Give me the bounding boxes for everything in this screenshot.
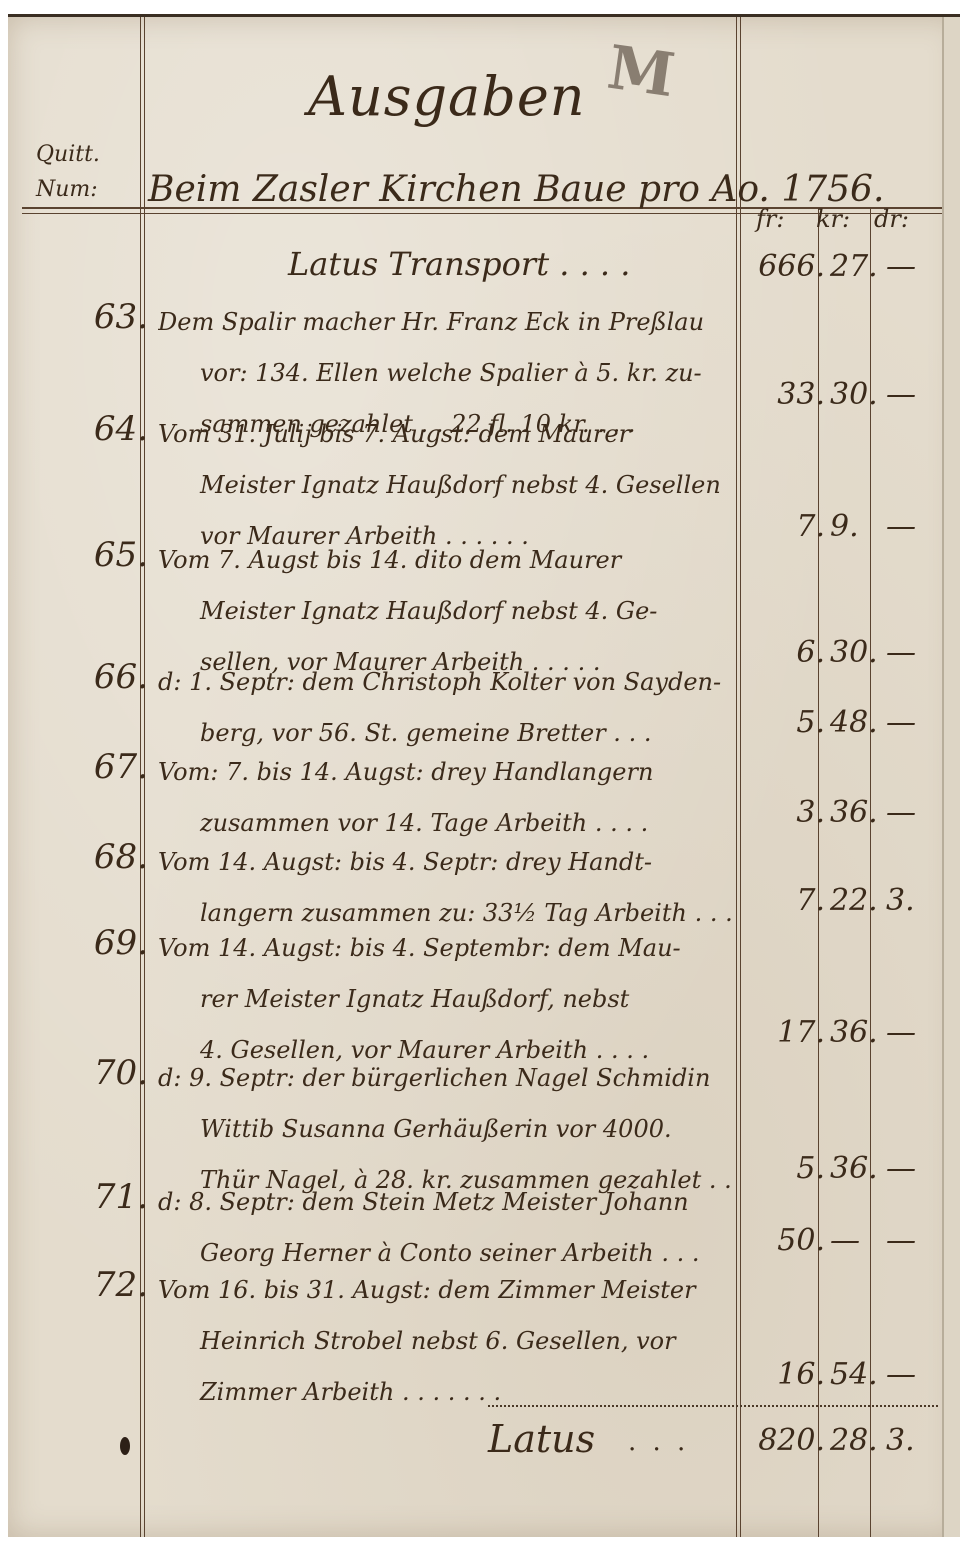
entry-line: Vom: 7. bis 14. Augst: drey Handlangern	[158, 747, 743, 798]
amount-kreuzer: 54.	[830, 1357, 882, 1392]
carried-forward-text: Latus Transport	[288, 245, 549, 283]
receipt-number: 66.	[68, 657, 148, 697]
amount-denar: —	[886, 635, 936, 670]
receipt-number: 67.	[68, 747, 148, 787]
entry-line: rer Meister Ignatz Haußdorf, nebst	[158, 974, 743, 1025]
receipt-number: 71.	[68, 1177, 148, 1217]
entry-line: Vom 31. Julij bis 7. Augst: dem Maurer	[158, 409, 743, 460]
entry-line: Vom 14. Augst: bis 4. Septembr: dem Mau-	[158, 923, 743, 974]
amount-florins: 5.	[753, 705, 825, 740]
amount-florins: 16.	[753, 1357, 825, 1392]
amount-florins: 33.	[753, 377, 825, 412]
carried-forward-denar: —	[886, 249, 936, 284]
ink-blot	[120, 1437, 130, 1455]
receipt-number: 69.	[68, 923, 148, 963]
column-header-kreuzer: kr:	[816, 205, 850, 233]
page-subtitle: Beim Zasler Kirchen Baue pro Ao. 1756.	[148, 169, 884, 210]
amount-florins: 50.	[753, 1223, 825, 1258]
amount-kreuzer: 30.	[830, 635, 882, 670]
adjacent-page-edge	[944, 17, 960, 1537]
amount-florins: 3.	[753, 795, 825, 830]
page-total-denar: 3.	[886, 1423, 936, 1458]
amount-florins: 17.	[753, 1015, 825, 1050]
amount-florins: 7.	[753, 509, 825, 544]
page-total-florins: 820.	[753, 1423, 825, 1458]
page-total-label: Latus	[488, 1417, 595, 1461]
page-title: Ausgaben	[308, 65, 586, 128]
entry-line: Vom 14. Augst: bis 4. Septr: drey Handt-	[158, 837, 743, 888]
entry-line: d: 1. Septr: dem Christoph Kolter von Sa…	[158, 657, 743, 708]
entry-line: Meister Ignatz Haußdorf nebst 4. Geselle…	[158, 460, 743, 511]
entry-line: d: 8. Septr: dem Stein Metz Meister Joha…	[158, 1177, 743, 1228]
column-header-denar: dr:	[874, 205, 909, 233]
entry-line: Vom 16. bis 31. Augst: dem Zimmer Meiste…	[158, 1265, 743, 1316]
amount-denar: —	[886, 509, 936, 544]
amount-denar: —	[886, 1151, 936, 1186]
entry-line: Dem Spalir macher Hr. Franz Eck in Preßl…	[158, 297, 743, 348]
page-total-kreuzer: 28.	[830, 1423, 882, 1458]
carried-forward-kreuzer: 27.	[830, 249, 882, 284]
header-rule-double	[22, 213, 944, 214]
carried-forward-label: Latus Transport . . . .	[288, 245, 630, 283]
amount-florins: 5.	[753, 1151, 825, 1186]
entry-line: Meister Ignatz Haußdorf nebst 4. Ge-	[158, 586, 743, 637]
amount-denar: —	[886, 377, 936, 412]
receipt-number: 64.	[68, 409, 148, 449]
entry-line: d: 9. Septr: der bürgerlichen Nagel Schm…	[158, 1053, 743, 1104]
entry-line: Heinrich Strobel nebst 6. Gesellen, vor	[158, 1316, 743, 1367]
amount-denar: 3.	[886, 883, 936, 918]
receipt-number: 70.	[68, 1053, 148, 1093]
entry-line: Wittib Susanna Gerhäußerin vor 4000.	[158, 1104, 743, 1155]
total-underline	[488, 1395, 938, 1407]
receipt-number: 68.	[68, 837, 148, 877]
amount-kreuzer: 36.	[830, 795, 882, 830]
amount-kreuzer: 30.	[830, 377, 882, 412]
entry-description: Vom: 7. bis 14. Augst: drey Handlangern …	[158, 747, 743, 849]
receipt-number: 72.	[68, 1265, 148, 1305]
ledger-page: M Ausgaben Beim Zasler Kirchen Baue pro …	[8, 14, 960, 1537]
amount-kreuzer: 48.	[830, 705, 882, 740]
amount-denar: —	[886, 1015, 936, 1050]
receipt-number: 63.	[68, 297, 148, 337]
entry-line: vor: 134. Ellen welche Spalier à 5. kr. …	[158, 348, 743, 399]
leader-dots: . . . .	[559, 245, 630, 283]
receipt-number: 65.	[68, 535, 148, 575]
carried-forward-florins: 666.	[753, 249, 825, 284]
amount-kreuzer: 22.	[830, 883, 882, 918]
amount-denar: —	[886, 705, 936, 740]
entry-line: Vom 7. Augst bis 14. dito dem Maurer	[158, 535, 743, 586]
amount-denar: —	[886, 1223, 936, 1258]
column-header-florins: fr:	[756, 205, 784, 233]
leader-dots: . . .	[628, 1427, 689, 1457]
amount-florins: 7.	[753, 883, 825, 918]
amount-kreuzer: 36.	[830, 1151, 882, 1186]
stamp-mark: M	[603, 33, 679, 112]
entry-description: d: 1. Septr: dem Christoph Kolter von Sa…	[158, 657, 743, 759]
amount-kreuzer: 9.	[830, 509, 882, 544]
column-header-receipt-number: Quitt. Num:	[36, 137, 136, 207]
amount-kreuzer: 36.	[830, 1015, 882, 1050]
amount-kreuzer: —	[830, 1223, 882, 1258]
amount-denar: —	[886, 1357, 936, 1392]
entry-line: Zimmer Arbeith . . . . . . .	[158, 1367, 743, 1418]
amount-denar: —	[886, 795, 936, 830]
amount-florins: 6.	[753, 635, 825, 670]
entry-description: d: 8. Septr: dem Stein Metz Meister Joha…	[158, 1177, 743, 1279]
